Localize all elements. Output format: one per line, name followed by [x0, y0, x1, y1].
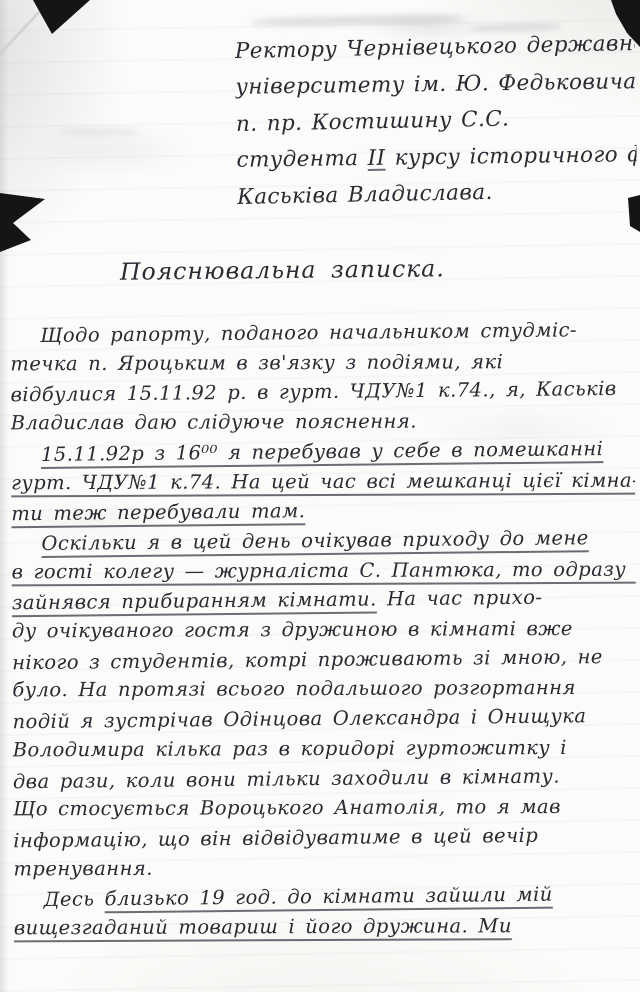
text: Ректору Чернівецького державного: [235, 30, 636, 64]
text: ду очікуваного гостя з дружиною в кімнат…: [12, 617, 573, 642]
handwritten-line: Щодо рапорту, поданого начальником студм…: [10, 315, 634, 351]
text: курсу історичного ф-ту: [385, 141, 637, 170]
handwritten-line: Володимира кілька раз в коридорі гуртожи…: [13, 732, 637, 764]
handwritten-line: Ректору Чернівецького державного: [235, 26, 636, 71]
underlined-text: Оскільки я в цей день очікував приходу д…: [41, 526, 588, 555]
scanned-document-page: Ректору Чернівецького державногоуніверси…: [0, 0, 640, 992]
text: відбулися 15.11.92 р. в гурт. ЧДУ№1 к.74…: [10, 377, 616, 406]
text: студента: [236, 145, 367, 172]
handwritten-line: вищезгаданий товариш і його дружина. Ми: [14, 911, 638, 943]
handwritten-line: Оскільки я в цей день очікував приходу д…: [11, 523, 635, 559]
paragraph: 15.11.92р з 16⁰⁰ я перебував у себе в по…: [11, 435, 636, 528]
handwritten-line: Десь близько 19 год. до кімнати зайшли м…: [13, 879, 637, 915]
text: Десь: [44, 888, 105, 912]
document-title: Пояснювальна записка.: [120, 254, 445, 285]
handwritten-line: подій я зустрічав Одінцова Олександра і …: [12, 701, 636, 737]
text: На час прихо-: [377, 586, 543, 611]
recipient-address-block: Ректору Чернівецького державногоуніверси…: [235, 27, 638, 216]
underlined-text: ти теж перебували там.: [11, 499, 305, 525]
handwritten-line: Що стосується Вороцького Анатолія, то я …: [13, 792, 637, 824]
paragraph: Десь близько 19 год. до кімнати зайшли м…: [14, 880, 638, 943]
handwritten-line: відбулися 15.11.92 р. в гурт. ЧДУ№1 к.74…: [10, 374, 634, 410]
text: було. На протязі всього подальшого розго…: [12, 676, 576, 701]
showthrough-smudge: [252, 14, 462, 27]
text: Що стосується Вороцького Анатолія, то я …: [13, 795, 561, 820]
underlined-text: ІІ: [367, 145, 385, 170]
scan-mark-left-edge: [0, 193, 45, 252]
handwritten-line: було. На протязі всього подальшого розго…: [12, 673, 636, 705]
underlined-text: вищезгаданий товариш і його дружина. Ми: [14, 914, 512, 939]
handwritten-line: Каськіва Владислава.: [237, 172, 638, 217]
text: Щодо рапорту, поданого начальником студм…: [40, 318, 577, 347]
text: два рази, коли вони тільки заходили в кі…: [13, 764, 560, 793]
underlined-text: в гості колегу — журналіста С. Пантюка, …: [12, 557, 636, 583]
handwritten-line: 15.11.92р з 16⁰⁰ я перебував у себе в по…: [11, 434, 635, 470]
text: подій я зустрічав Одінцова Олександра і …: [12, 704, 586, 733]
handwritten-line: ду очікуваного гостя з дружиною в кімнат…: [12, 614, 636, 646]
text: Каськіва Владислава.: [237, 180, 493, 210]
text: Владислав даю слідуюче пояснення.: [11, 410, 417, 435]
underlined-text: 15.11.92р з 16⁰⁰ я перебував у себе в по…: [41, 437, 604, 466]
paper-fold-line: [0, 0, 56, 58]
underlined-text: зайнявся прибиранням кімнати.: [12, 588, 377, 615]
text: Володимира кілька раз в коридорі гуртожи…: [13, 736, 567, 761]
handwritten-line: п. пр. Костишину С.С.: [236, 99, 637, 144]
paragraph: Щодо рапорту, поданого начальником студм…: [10, 316, 635, 439]
text: університету ім. Ю. Федьковича: [235, 69, 635, 100]
handwritten-line: інформацію, що він відвідуватиме в цей в…: [13, 820, 637, 856]
text: інформацію, що він відвідуватиме в цей в…: [13, 824, 538, 852]
document-body: Щодо рапорту, поданого начальником студм…: [10, 316, 638, 944]
underlined-text: близько 19 год. до кімнати зайшли мій: [104, 883, 552, 911]
showthrough-smudge: [60, 128, 140, 136]
text: тренування.: [13, 856, 153, 880]
text: нікого з студентів, котрі проживають зі …: [12, 645, 603, 674]
handwritten-line: зайнявся прибиранням кімнати. На час при…: [12, 582, 636, 618]
text: п. пр. Костишину С.С.: [236, 107, 510, 137]
underlined-text: гурт. ЧДУ№1 к.74. На цей час всі мешканц…: [11, 468, 635, 494]
text: течка п. Яроцьким в зв'язку з подіями, я…: [10, 350, 503, 375]
paragraph: Оскільки я в цей день очікував приходу д…: [11, 524, 637, 884]
handwritten-line: Владислав даю слідуюче пояснення.: [11, 406, 635, 438]
scan-mark-top-left: [33, 0, 90, 34]
